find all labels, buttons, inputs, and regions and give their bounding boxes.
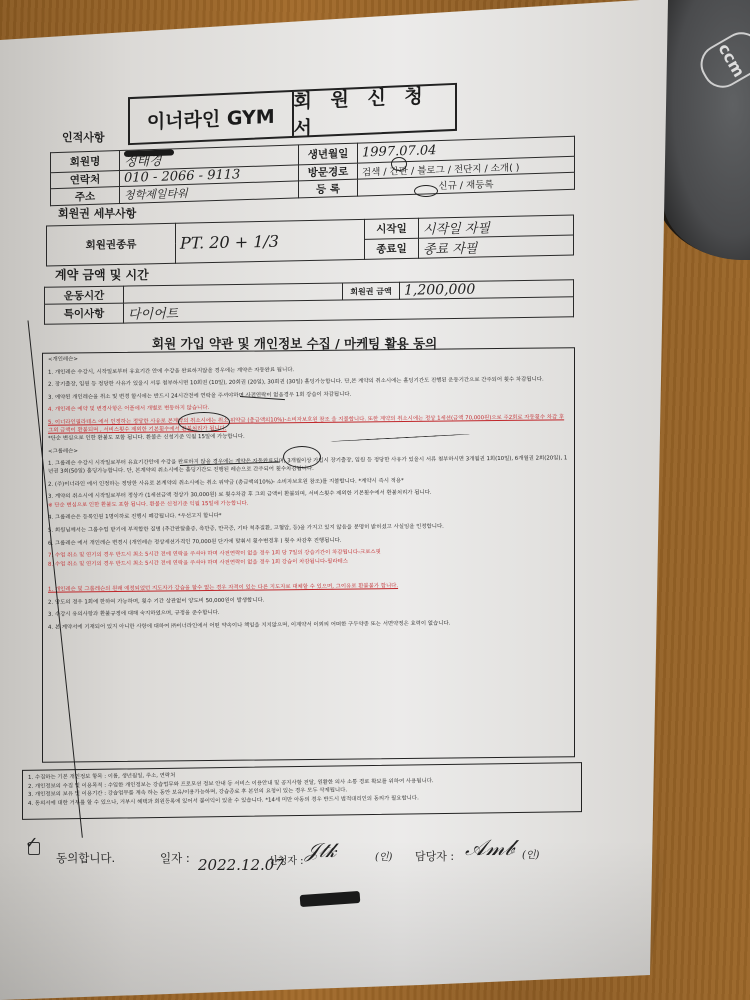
visit-route-label: 방문경로 xyxy=(299,163,358,181)
group-lesson-item-6: 6. 그룹레슨 에서 개인레슨 변경시 (개인레슨 정상세션가격인 70,000… xyxy=(48,535,569,548)
notes-label: 특이사항 xyxy=(45,303,124,324)
pen-circle-24h xyxy=(178,412,230,432)
name-label: 회원명 xyxy=(51,151,120,173)
common-term-3: 3. 수강시 유의사항과 환불규정에 대해 숙지하였으며, 규정을 준수합니다. xyxy=(48,607,569,620)
registration-selection-circle xyxy=(414,185,438,197)
address-label: 주소 xyxy=(51,187,120,206)
personal-lesson-item-3: 3. 예약된 개인레슨을 취소 및 변경 할시에는 반드시 24시간전에 연락을… xyxy=(48,389,569,402)
personal-lesson-item-2: 2. 장기출장, 입원 등 정당한 사유가 있을시 서류 첨부하시면 10회권 … xyxy=(48,376,569,389)
personal-section-label: 인적사항 xyxy=(62,129,105,145)
date-label: 일자 : xyxy=(160,850,190,866)
membership-table: 회원권종류 PT. 20 + 1/3 시작일 시작일 자필 종료일 종료 자필 xyxy=(46,214,574,266)
membership-type-label: 회원권종류 xyxy=(47,223,176,266)
birth-label: 생년월일 xyxy=(299,143,358,165)
manager-label: 담당자 : xyxy=(415,848,454,864)
gym-name: 이너라인 GYM xyxy=(130,92,292,143)
common-term-4: 4. 본 계약서에 기재되어 있지 아니한 사항에 대하여 ㈜이너라인에서 어떤… xyxy=(48,619,569,632)
redaction-scribble xyxy=(300,891,361,907)
membership-application-form: 이너라인 GYM 회 원 신 청 서 인적사항 회원명 정태경 생년월일 199… xyxy=(0,0,668,1000)
form-header: 이너라인 GYM 회 원 신 청 서 xyxy=(128,83,457,145)
exercise-time-label: 운동시간 xyxy=(45,286,124,304)
check-mark-icon: ✓ xyxy=(25,833,38,852)
contract-section-label: 계약 금액 및 시간 xyxy=(55,266,149,283)
personal-lesson-item-1: 1. 개인레슨 수강시, 시작일로부터 유효기간 안에 수강을 완료하지않을 경… xyxy=(48,364,569,377)
agree-label: 동의합니다. xyxy=(56,850,115,866)
start-date-label: 시작일 xyxy=(365,218,419,239)
personal-info-table: 회원명 정태경 생년월일 1997.07.04 연락처 010 - 2066 -… xyxy=(50,136,575,206)
terms-box: <개인레슨> 1. 개인레슨 수강시, 시작일로부터 유효기간 안에 수강을 완… xyxy=(42,347,575,763)
common-term-1: 1. 개인레슨 및 그룹레슨의 원래 예정되었던 지도자가 강습을 할수 없는 … xyxy=(48,582,569,595)
end-date-label: 종료일 xyxy=(365,238,419,259)
applicant-seal-mark: (인) xyxy=(375,848,392,863)
common-term-2: 2. 양도의 경우 1회에 한하여 가능하며, 횟수 기간 상관없이 양도비 5… xyxy=(48,594,569,607)
manager-seal-mark: (인) xyxy=(522,846,539,861)
end-date-field[interactable]: 종료 자필 xyxy=(419,235,574,258)
contract-table: 운동시간 회원권 금액 1,200,000 특이사항 다이어트 xyxy=(44,279,574,324)
personal-lesson-item-4: 4. 개인레슨 예약 및 변경사항은 어플에서 개별로 변동하지 않습니다. xyxy=(48,402,569,415)
membership-type-field[interactable]: PT. 20 + 1/3 xyxy=(176,219,365,263)
registration-label: 등 록 xyxy=(299,179,358,198)
personal-lesson-heading: <개인레슨> xyxy=(48,351,569,364)
manager-signature[interactable]: 𝒜𝓂𝒷 xyxy=(465,836,514,861)
group-lesson-item-2: 2. (주)이너라인 에서 인정하는 정당한 사유로 본계약의 취소시에는 취소… xyxy=(48,476,569,489)
visit-route-selection-circle xyxy=(391,157,407,171)
pen-circle-penalty xyxy=(283,446,321,468)
amount-label: 회원권 금액 xyxy=(343,282,400,300)
applicant-label: 신청자 : xyxy=(268,852,304,867)
group-lesson-item-5: 5. 회원님께서는 그룹수업 받기에 부적합한 질병 (추간판탈출증, 측만증,… xyxy=(48,522,569,535)
applicant-signature[interactable]: 𝒥𝓉𝓀 xyxy=(305,838,336,862)
form-title: 회 원 신 청 서 xyxy=(292,85,456,136)
privacy-box: 1. 수집하는 기본 개인정보 항목 : 이름, 생년월일, 주소, 연락처 2… xyxy=(22,762,582,820)
membership-section-label: 회원권 세부사항 xyxy=(58,205,136,221)
group-lesson-item-4: 4. 그룹레슨은 등록인원 1명이하로 진행시 폐강됩니다. *우선고지 합니다… xyxy=(48,510,569,523)
redaction-scribble xyxy=(124,149,174,157)
